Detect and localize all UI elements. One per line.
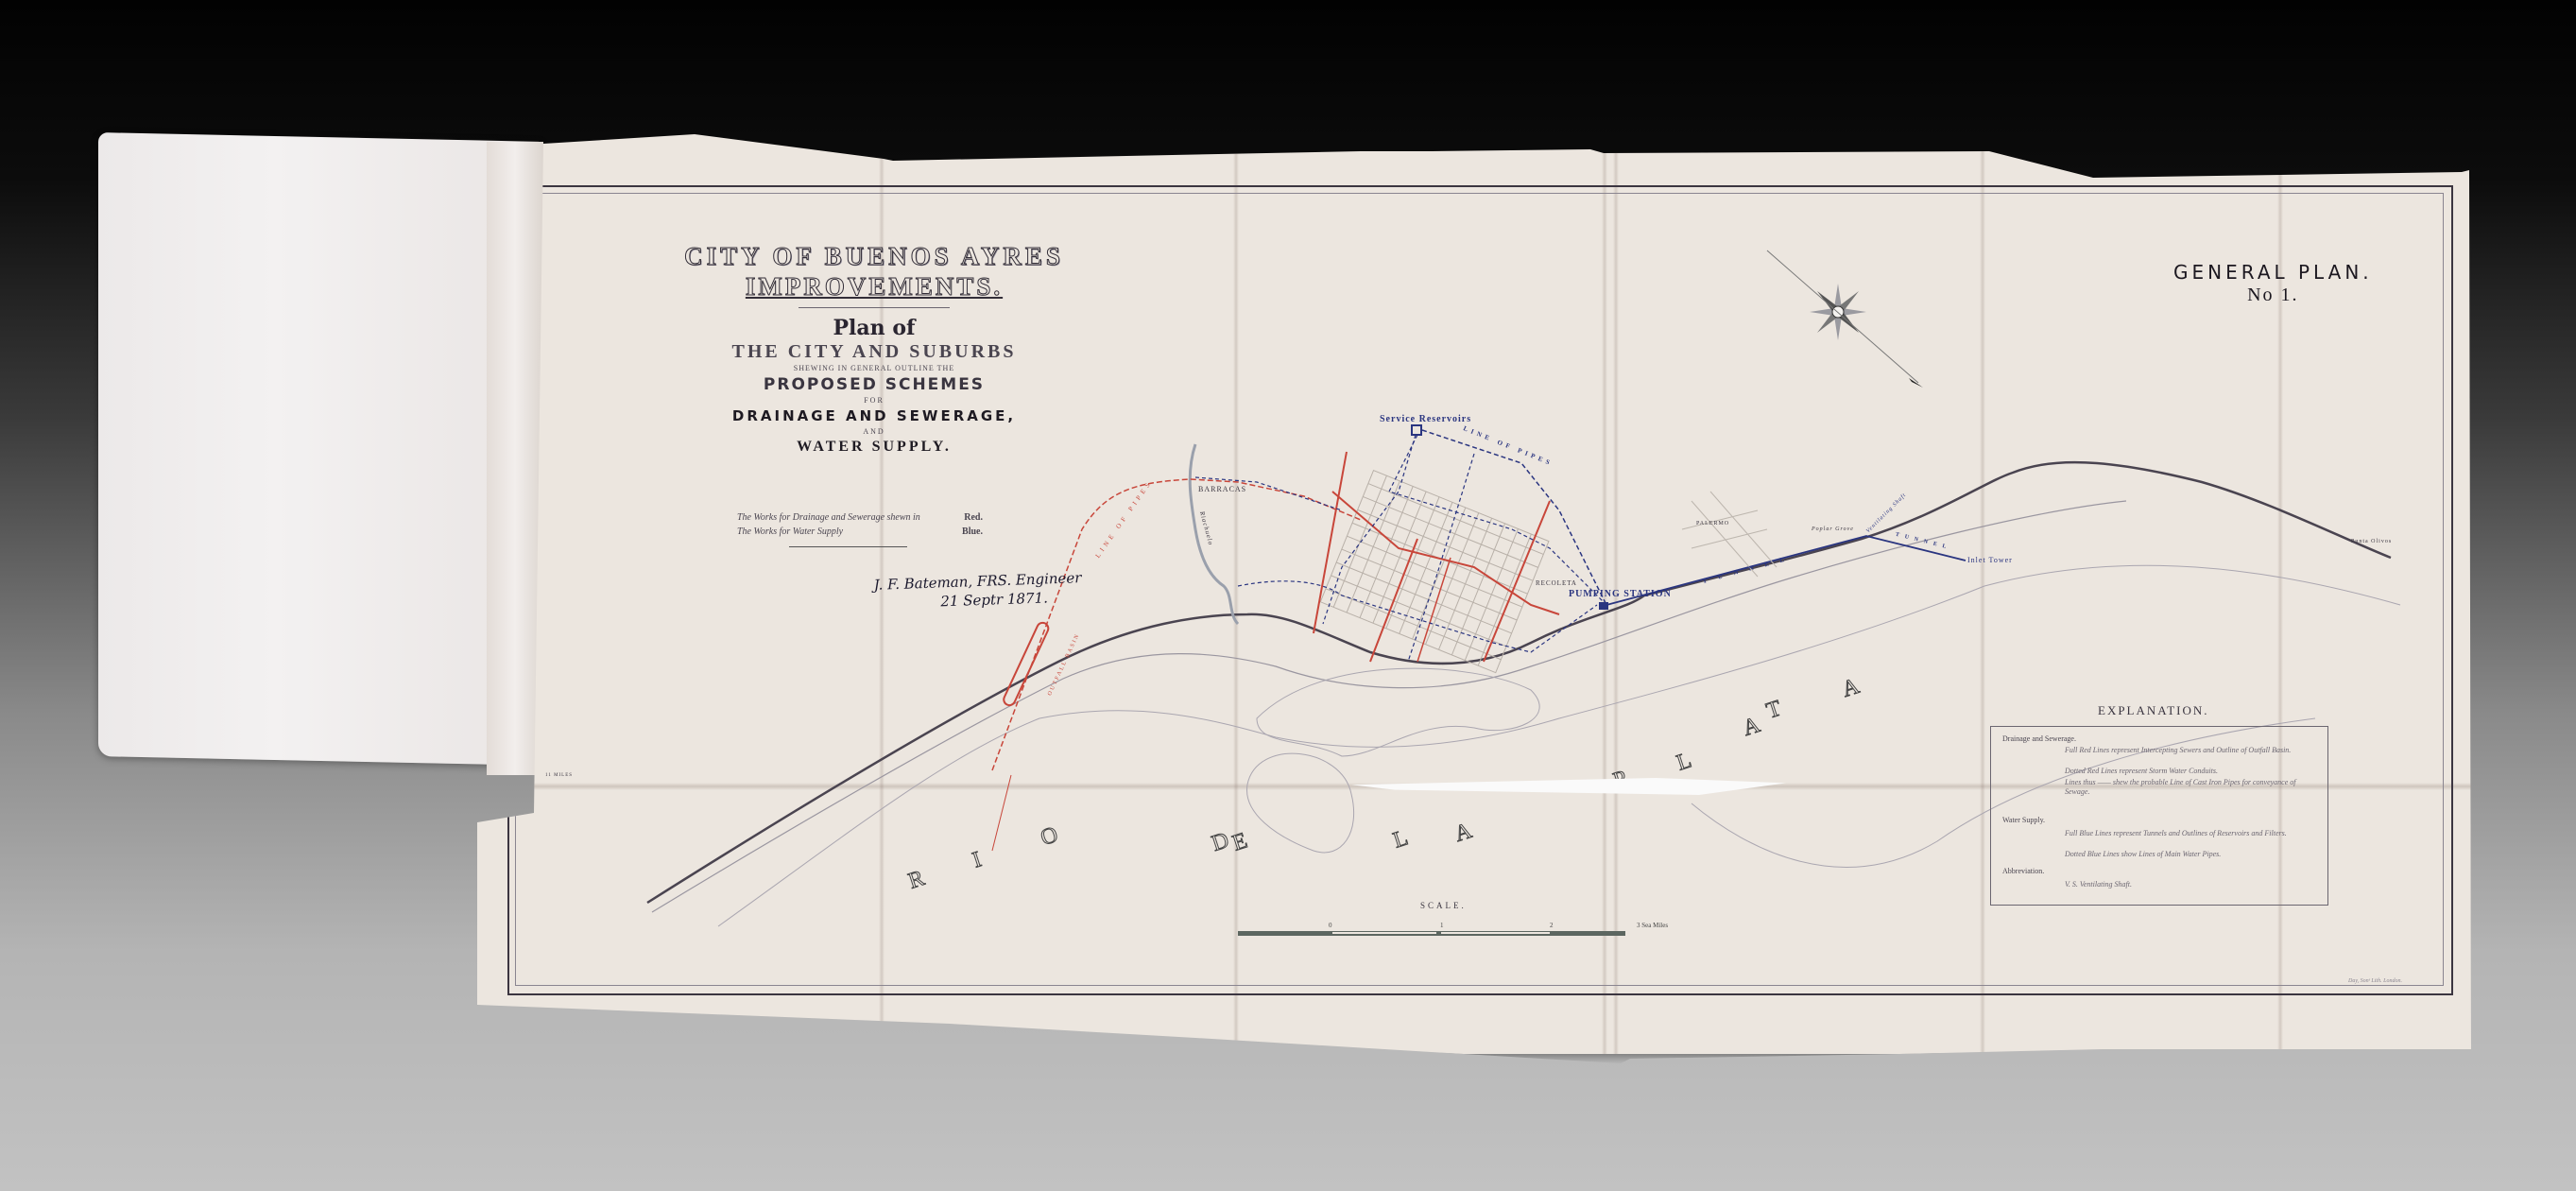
title-water-supply: WATER SUPPLY. (652, 437, 1096, 457)
explanation-water-line: Dotted Blue Lines show Lines of Main Wat… (2065, 850, 2320, 859)
title-plan-of: Plan of (652, 316, 1096, 340)
red-line (992, 775, 1011, 851)
label-pumping-station: PUMPING STATION (1569, 589, 1672, 599)
title-rule (799, 307, 950, 308)
explanation-water-line: Full Blue Lines represent Tunnels and Ou… (2065, 829, 2320, 838)
compass-rose-icon (1767, 250, 1923, 388)
label-punta-olivos: Punta Olivos (2351, 539, 2392, 544)
general-plan-heading: GENERAL PLAN. (2173, 260, 2373, 285)
title-shewing: SHEWING IN GENERAL OUTLINE THE (652, 363, 1096, 374)
explanation-drainage-line: Dotted Red Lines represent Storm Water C… (2065, 767, 2320, 776)
scale-bar (1238, 931, 1625, 936)
title-and: AND (652, 426, 1096, 437)
blue-main-pipes (1195, 477, 1342, 510)
title-proposed-schemes: PROPOSED SCHEMES (652, 374, 1096, 395)
works-water-color: Blue. (962, 525, 983, 539)
red-sewer (1417, 558, 1451, 662)
explanation-title: EXPLANATION. (2098, 703, 2209, 718)
label-palermo: PALERMO (1696, 521, 1729, 526)
riachuelo-river (1190, 444, 1238, 624)
title-line1: CITY OF BUENOS AYRES (652, 241, 1096, 271)
scale-title: SCALE. (1420, 901, 1467, 910)
label-poplar-grove: Poplar Grove (1812, 526, 1854, 532)
scale-tick: 3 Sea Miles (1637, 922, 1668, 929)
blue-line-of-pipes (1422, 430, 1606, 605)
explanation-abbrev-heading: Abbreviation. (2002, 867, 2044, 875)
plan-number: No 1. (2173, 285, 2373, 306)
red-sewer (1370, 539, 1417, 662)
service-reservoir (1412, 425, 1421, 435)
depth-contour (652, 501, 2126, 912)
map-title-block: CITY OF BUENOS AYRES IMPROVEMENTS. Plan … (652, 241, 1096, 457)
title-line2: IMPROVEMENTS. (652, 271, 1096, 302)
label-edge-miles: 11 MILES (545, 773, 573, 778)
plan-number-block: GENERAL PLAN. No 1. (2173, 260, 2373, 306)
explanation-drainage-line: Lines thus —— shew the probable Line of … (2065, 778, 2320, 797)
works-drainage-color: Red. (964, 510, 983, 525)
explanation-water-heading: Water Supply. (2002, 816, 2045, 824)
works-water-text: The Works for Water Supply (737, 526, 843, 537)
works-color-key: The Works for Drainage and Sewerage shew… (737, 510, 1021, 547)
title-drainage: DRAINAGE AND SEWERAGE, (652, 406, 1096, 426)
lithographer-imprint: Day, Sonˢ Lith. London. (2348, 978, 2402, 984)
works-rule (789, 546, 907, 547)
explanation-drainage-heading: Drainage and Sewerage. (2002, 734, 2076, 743)
explanation-abbrev-line: V. S. Ventilating Shaft. (2065, 880, 2320, 889)
scale-tick: 0 (1329, 922, 1332, 929)
title-city-suburbs: THE CITY AND SUBURBS (652, 340, 1096, 363)
explanation-box: Drainage and Sewerage. Full Red Lines re… (1990, 726, 2328, 906)
explanation-drainage-line: Full Red Lines represent Intercepting Se… (2065, 746, 2320, 755)
label-service-reservoirs: Service Reservoirs (1380, 414, 1471, 424)
sandbank (1257, 668, 1539, 756)
title-for: FOR (652, 395, 1096, 406)
engineer-signature: J. F. Bateman, FRS. Engineer 21 Septr 18… (873, 568, 1082, 613)
label-inlet-tower: Inlet Tower (1967, 556, 2013, 564)
label-recoleta: RECOLETA (1536, 579, 1577, 587)
map-drawing (0, 0, 2576, 1191)
red-intercepting-sewer (1332, 492, 1559, 614)
pumping-station-building (1599, 602, 1608, 610)
sandbank (1247, 753, 1354, 853)
label-barracas: BARRACAS (1198, 485, 1246, 493)
scale-tick: 2 (1550, 922, 1554, 929)
scale-tick: 1 (1440, 922, 1444, 929)
city-grid (1320, 471, 1549, 673)
photo-scene: CITY OF BUENOS AYRES IMPROVEMENTS. Plan … (0, 0, 2576, 1191)
works-drainage-text: The Works for Drainage and Sewerage shew… (737, 512, 920, 523)
